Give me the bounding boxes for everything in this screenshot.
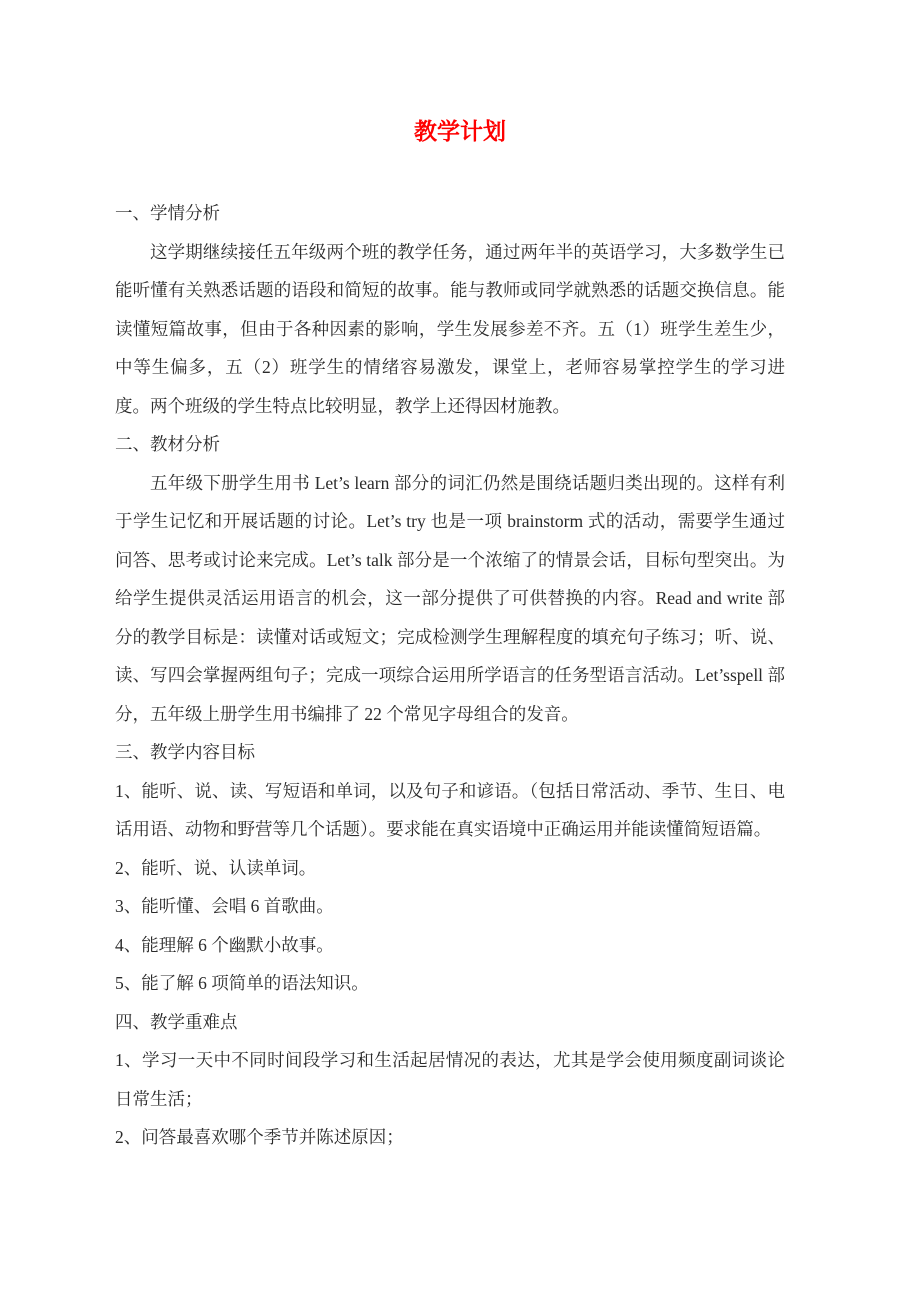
goal-item-2: 2、能听、说、认读单词。 xyxy=(115,849,785,888)
keypoint-item-2: 2、问答最喜欢哪个季节并陈述原因； xyxy=(115,1118,785,1157)
document-body: 一、学情分析 这学期继续接任五年级两个班的教学任务，通过两年半的英语学习，大多数… xyxy=(115,194,785,1157)
section-heading-xueqing-fenxi: 一、学情分析 xyxy=(115,194,785,233)
document-page: 教学计划 一、学情分析 这学期继续接任五年级两个班的教学任务，通过两年半的英语学… xyxy=(0,0,920,1302)
section-heading-jiaoxue-neirong-mubiao: 三、教学内容目标 xyxy=(115,733,785,772)
goal-item-5: 5、能了解 6 项简单的语法知识。 xyxy=(115,964,785,1003)
goal-item-1: 1、能听、说、读、写短语和单词，以及句子和谚语。（包括日常活动、季节、生日、电话… xyxy=(115,772,785,849)
section-heading-jiaocai-fenxi: 二、教材分析 xyxy=(115,425,785,464)
document-title: 教学计划 xyxy=(0,0,920,152)
goal-item-3: 3、能听懂、会唱 6 首歌曲。 xyxy=(115,887,785,926)
section-heading-jiaoxue-zhongnandian: 四、教学重难点 xyxy=(115,1003,785,1042)
keypoint-item-1: 1、学习一天中不同时间段学习和生活起居情况的表达，尤其是学会使用频度副词谈论日常… xyxy=(115,1041,785,1118)
goal-item-4: 4、能理解 6 个幽默小故事。 xyxy=(115,926,785,965)
paragraph-xueqing-fenxi: 这学期继续接任五年级两个班的教学任务，通过两年半的英语学习，大多数学生已能听懂有… xyxy=(115,233,785,426)
paragraph-jiaocai-fenxi: 五年级下册学生用书 Let’s learn 部分的词汇仍然是围绕话题归类出现的。… xyxy=(115,464,785,734)
